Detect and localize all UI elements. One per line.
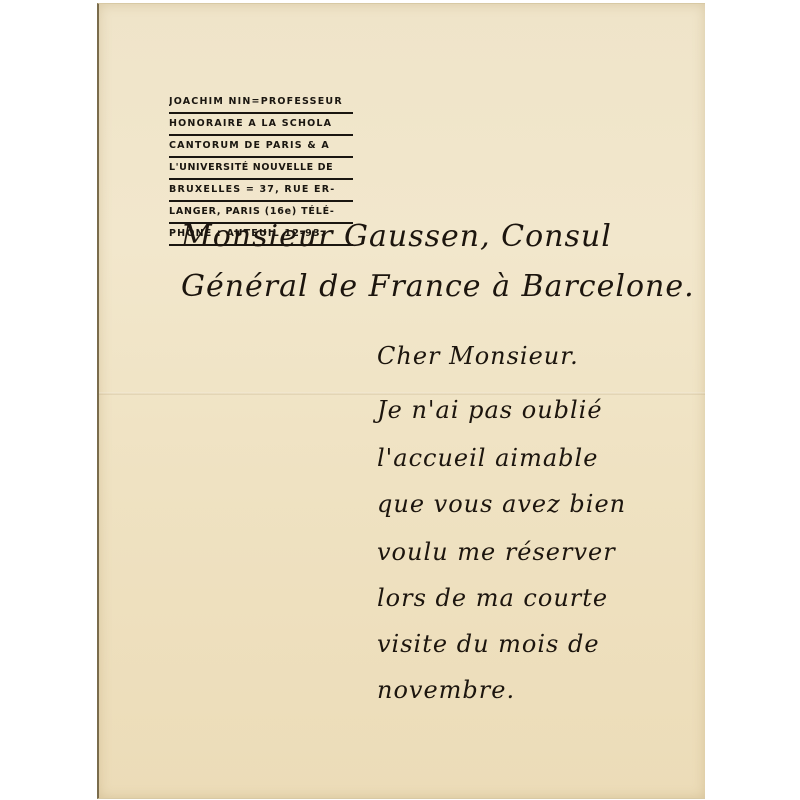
body-line: novembre. [377,676,515,704]
body-line: lors de ma courte [377,584,608,612]
recipient-line-2: Général de France à Barcelone. [181,269,695,304]
body-line: voulu me réserver [377,538,616,566]
body-line: que vous avez bien [377,490,626,518]
body-line: l'accueil aimable [377,444,598,472]
letterhead-line: CANTORUM DE PARIS & A [169,136,353,158]
body-line: Je n'ai pas oublié [377,396,603,424]
letter-paper: JOACHIM NIN=PROFESSEUR HONORAIRE A LA SC… [97,3,705,799]
recipient-line-1: Monsieur Gaussen, Consul [181,219,612,254]
paper-fold [99,392,705,395]
body-line: visite du mois de [377,630,600,658]
salutation: Cher Monsieur. [377,342,579,370]
letterhead-line: HONORAIRE A LA SCHOLA [169,114,353,136]
letterhead-line: JOACHIM NIN=PROFESSEUR [169,92,353,114]
letterhead-line: BRUXELLES = 37, RUE ER- [169,180,353,202]
letterhead-line: L'UNIVERSITÉ NOUVELLE DE [169,158,353,180]
